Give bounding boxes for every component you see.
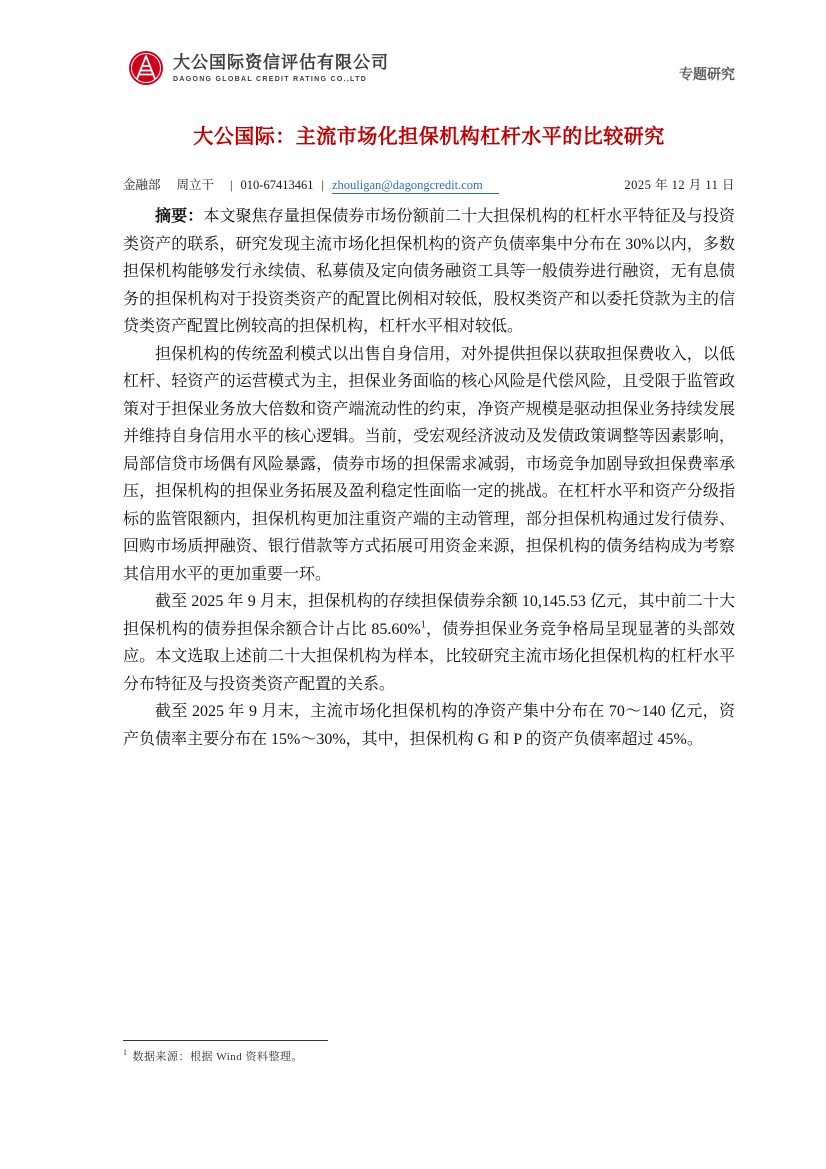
doc-type-label: 专题研究 — [679, 64, 735, 86]
page-title: 大公国际：主流市场化担保机构杠杆水平的比较研究 — [123, 120, 735, 149]
byline: 金融部 周立干 | 010-67413461 | zhouligan@dagon… — [123, 175, 735, 194]
footnote: 1数据来源：根据 Wind 资料整理。 — [123, 1048, 735, 1064]
byline-contact: 金融部 周立干 | 010-67413461 | zhouligan@dagon… — [123, 175, 499, 194]
byline-separator: | — [321, 178, 324, 193]
company-name-cn: 大公国际资信评估有限公司 — [173, 53, 389, 73]
footnote-block: 1数据来源：根据 Wind 资料整理。 — [123, 1040, 735, 1064]
abstract-text: 本文聚焦存量担保债券市场份额前二十大担保机构的杠杆水平特征及与投资类资产的联系，… — [123, 208, 735, 335]
abstract-label: 摘要： — [155, 208, 203, 225]
report-page: 大公国际资信评估有限公司 DAGONG GLOBAL CREDIT RATING… — [0, 0, 826, 1169]
dagong-logo: 大公国际资信评估有限公司 DAGONG GLOBAL CREDIT RATING… — [128, 50, 389, 86]
footnote-marker: 1 — [123, 1048, 128, 1057]
author-name: 周立干 — [177, 175, 215, 193]
report-date: 2025 年 12 月 11 日 — [624, 175, 735, 193]
department-label: 金融部 — [123, 175, 161, 193]
footnote-separator — [123, 1040, 328, 1041]
dagong-emblem-icon — [128, 50, 164, 86]
body-text: 摘要：本文聚焦存量担保债券市场份额前二十大担保机构的杠杆水平特征及与投资类资产的… — [123, 203, 735, 753]
header: 大公国际资信评估有限公司 DAGONG GLOBAL CREDIT RATING… — [128, 50, 735, 86]
logo-text: 大公国际资信评估有限公司 DAGONG GLOBAL CREDIT RATING… — [173, 53, 389, 83]
body-paragraph: 担保机构的传统盈利模式以出售自身信用，对外提供担保以获取担保费收入，以低杠杆、轻… — [123, 341, 735, 589]
footnote-text: 数据来源：根据 Wind 资料整理。 — [133, 1051, 304, 1063]
email-link[interactable]: zhouligan@dagongcredit.com — [332, 178, 499, 194]
phone-number: 010-67413461 — [241, 178, 314, 193]
body-paragraph: 截至 2025 年 9 月末，担保机构的存续担保债券余额 10,145.53 亿… — [123, 588, 735, 698]
abstract-paragraph: 摘要：本文聚焦存量担保债券市场份额前二十大担保机构的杠杆水平特征及与投资类资产的… — [123, 203, 735, 341]
byline-separator: | — [230, 178, 233, 193]
company-name-en: DAGONG GLOBAL CREDIT RATING CO.,LTD — [173, 76, 389, 83]
body-paragraph: 截至 2025 年 9 月末，主流市场化担保机构的净资产集中分布在 70～140… — [123, 698, 735, 753]
